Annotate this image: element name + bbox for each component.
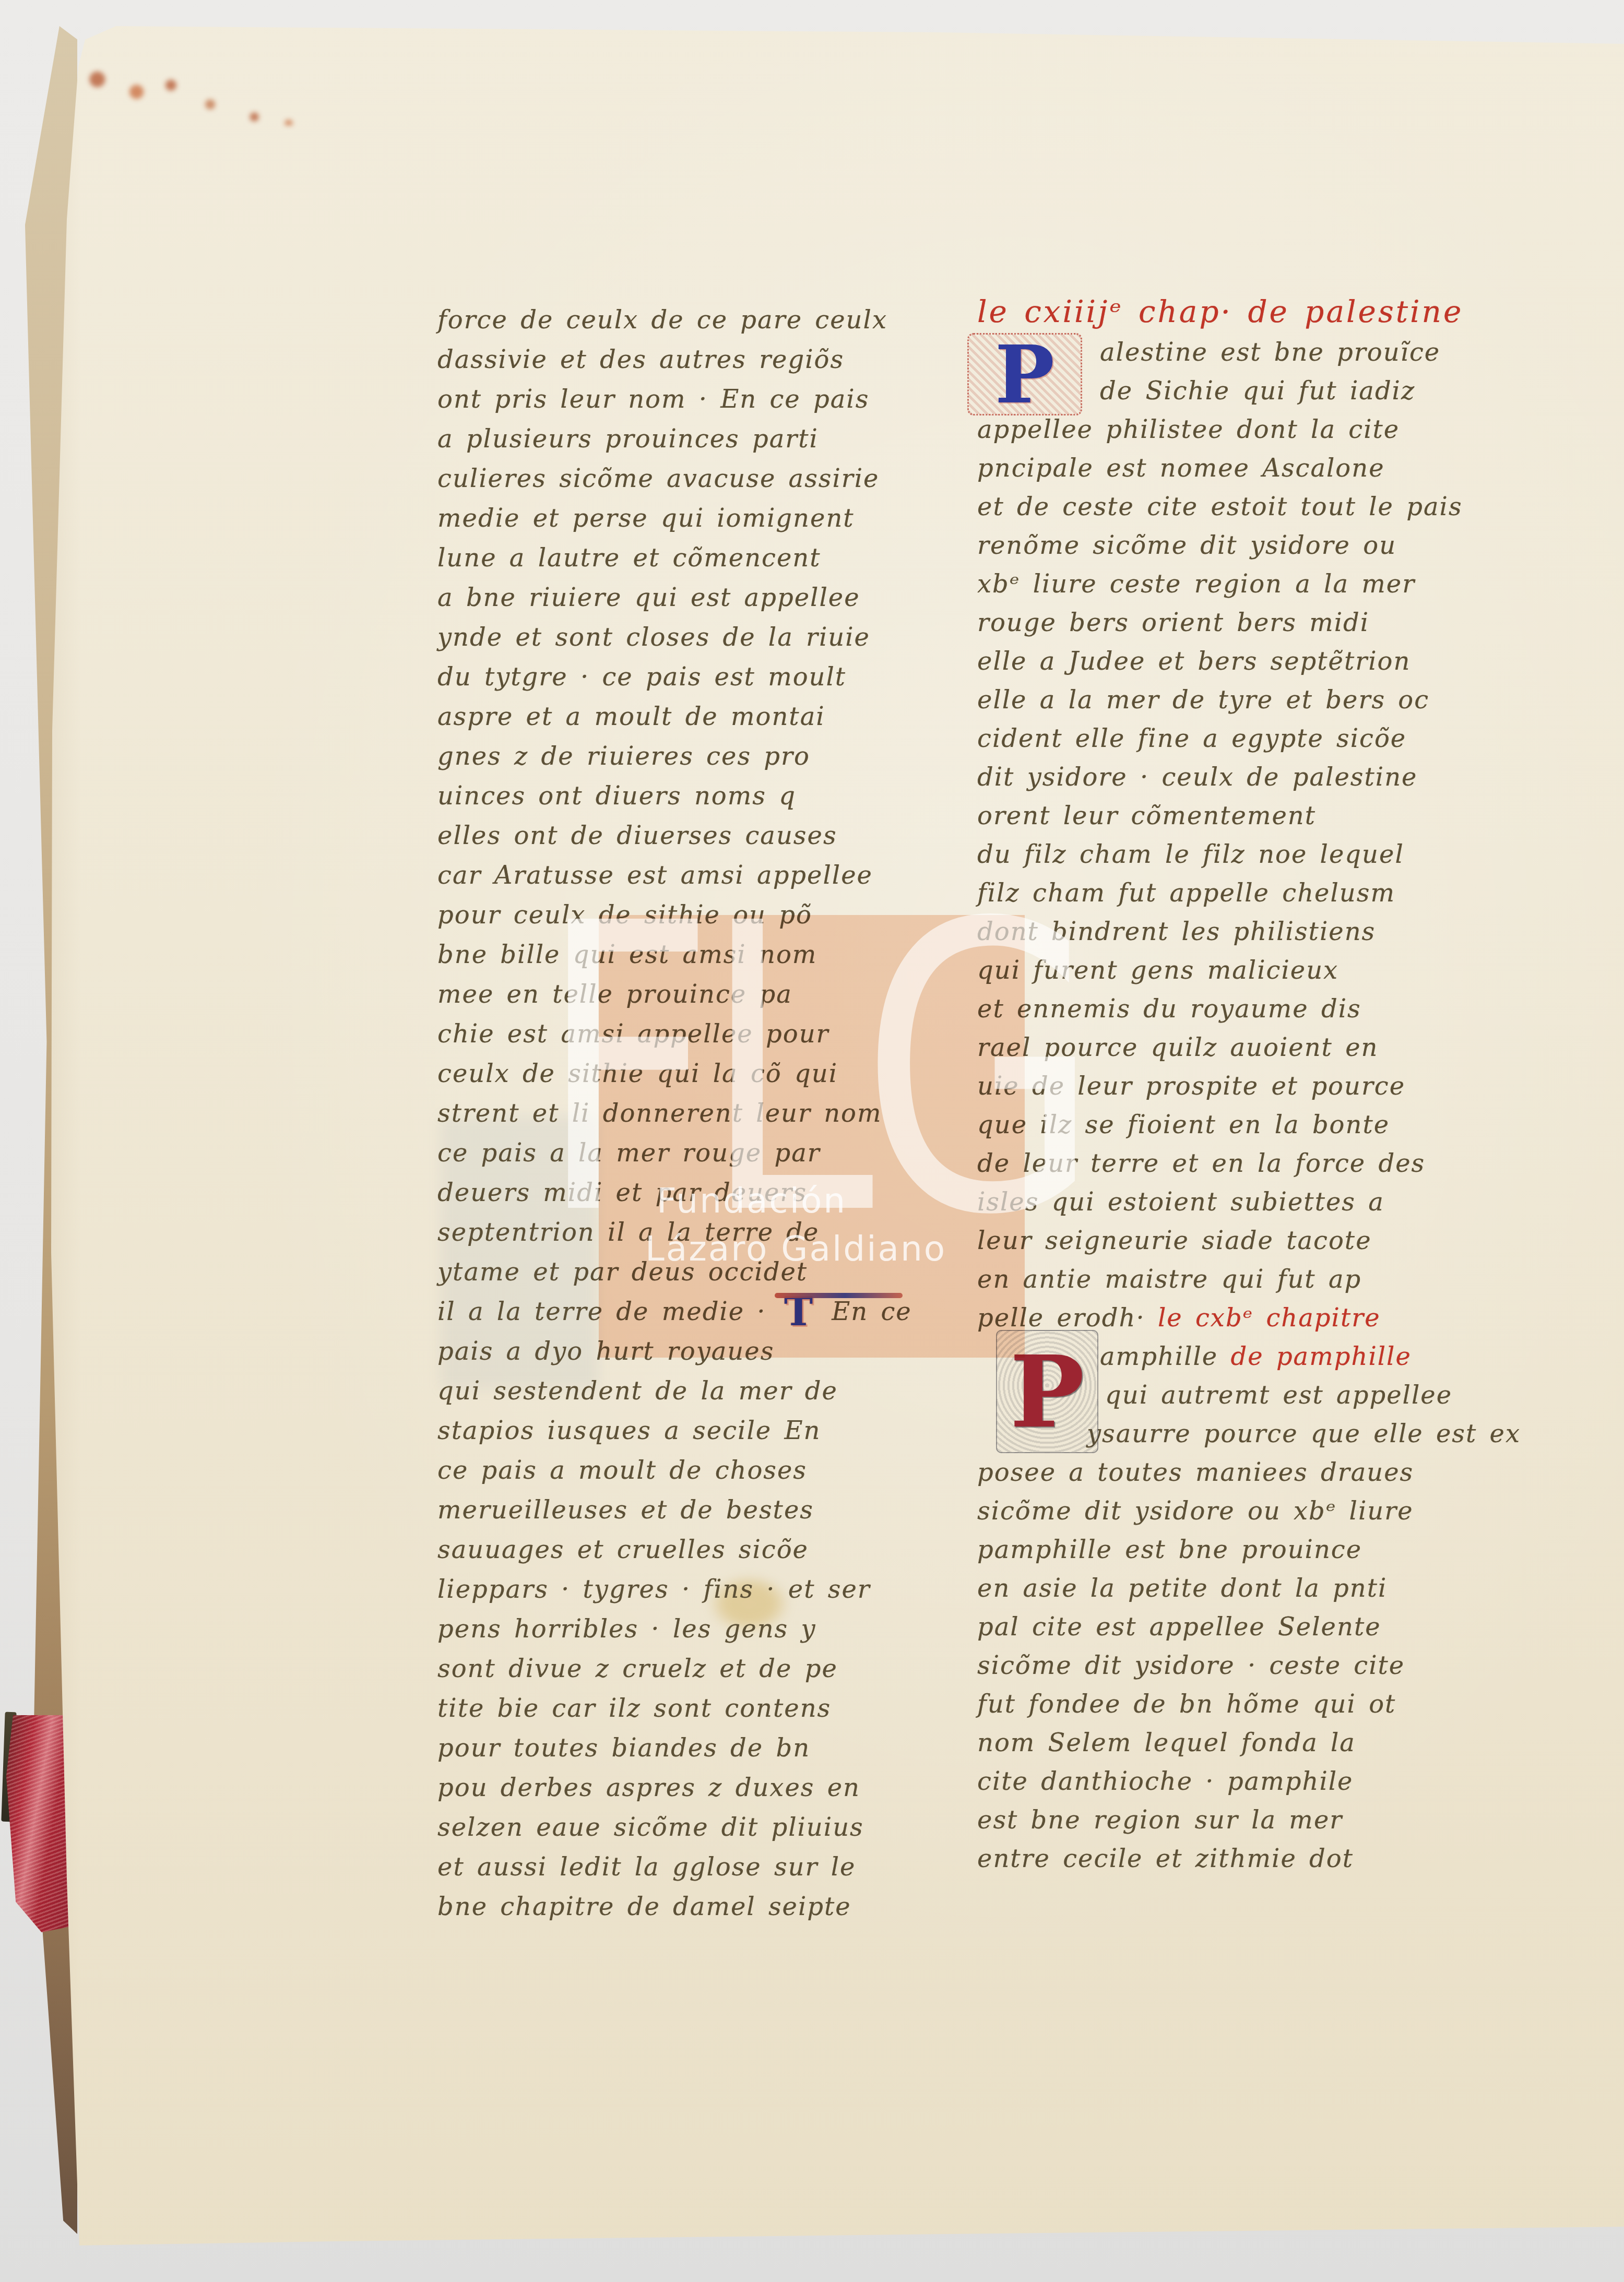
watermark-foundation-name-line2: Lázaro Galdiano xyxy=(645,1229,946,1269)
text-line: pens horribles · les gens y xyxy=(437,1609,923,1649)
chapter-rubric: le cxiiijᵉ chap· de palestine xyxy=(977,294,1463,329)
text-line: dassivie et des autres regiõs xyxy=(437,340,923,379)
text-line: nom Selem lequel fonda la xyxy=(977,1724,1478,1762)
text-line: pal cite est appellee Selente xyxy=(977,1608,1478,1646)
text-line: force de ceulx de ce pare ceulx xyxy=(437,300,923,340)
rubric-segment: le cxbᵉ chapitre xyxy=(1158,1303,1381,1333)
text-segment: elle a la mer de tyre et bers oc xyxy=(977,685,1429,715)
text-line: ont pris leur nom · En ce pais xyxy=(437,379,923,419)
text-segment: en asie la petite dont la pnti xyxy=(977,1574,1387,1603)
text-segment: est bne region sur la mer xyxy=(977,1805,1343,1835)
text-segment: ont pris leur nom · En ce pais xyxy=(437,385,869,414)
text-segment: elle a Judee et bers septẽtrion xyxy=(977,647,1410,676)
text-line: gnes z de riuieres ces pro xyxy=(437,736,923,776)
text-segment: pou derbes aspres z duxes en xyxy=(437,1773,860,1802)
text-line: lieppars · tygres · fins · et ser xyxy=(437,1570,923,1609)
text-line: en asie la petite dont la pnti xyxy=(977,1569,1478,1608)
text-line: pou derbes aspres z duxes en xyxy=(437,1768,923,1808)
text-line: bne chapitre de damel seipte xyxy=(437,1887,923,1927)
text-segment: aspre et a moult de montai xyxy=(437,702,825,731)
text-segment: de Sichie qui fut iadiz xyxy=(1100,376,1415,406)
text-segment: selzen eaue sicõme dit pliuius xyxy=(437,1813,864,1842)
text-line: selzen eaue sicõme dit pliuius xyxy=(437,1808,923,1847)
text-line: pamphille est bne prouince xyxy=(977,1530,1478,1569)
text-line: a plusieurs prouinces parti xyxy=(437,419,923,459)
text-segment: culieres sicõme avacuse assirie xyxy=(437,464,879,493)
text-segment: tite bie car ilz sont contens xyxy=(437,1694,831,1723)
illuminated-initial-palestine: P xyxy=(967,333,1082,415)
text-segment: orent leur cõmentement xyxy=(977,801,1316,830)
text-segment: ce pais a moult de choses xyxy=(437,1456,807,1485)
text-segment: gnes z de riuieres ces pro xyxy=(437,742,810,771)
text-line: medie et perse qui iomignent xyxy=(437,498,923,538)
text-segment: ynde et sont closes de la riuie xyxy=(437,623,870,652)
text-line: aspre et a moult de montai xyxy=(437,697,923,736)
text-segment: qui autremt est appellee xyxy=(1105,1381,1452,1410)
text-line: du tytgre · ce pais est moult xyxy=(437,657,923,697)
text-segment: rouge bers orient bers midi xyxy=(977,608,1369,637)
text-segment: sicõme dit ysidore ou xbᵉ liure xyxy=(977,1496,1414,1526)
text-segment: dassivie et des autres regiõs xyxy=(437,345,844,374)
text-segment: pamphille est bne prouince xyxy=(977,1535,1362,1564)
text-line: ynde et sont closes de la riuie xyxy=(437,617,923,657)
text-segment: amphille xyxy=(1100,1342,1231,1371)
text-segment: sauuages et cruelles sicõe xyxy=(437,1535,809,1564)
text-segment: sicõme dit ysidore · ceste cite xyxy=(977,1651,1405,1680)
text-segment: fut fondee de bn hõme qui ot xyxy=(977,1690,1396,1719)
text-line: rouge bers orient bers midi xyxy=(977,603,1478,642)
text-segment: merueilleuses et de bestes xyxy=(437,1495,814,1525)
text-segment: cident elle fine a egypte sicõe xyxy=(977,724,1406,753)
text-line: culieres sicõme avacuse assirie xyxy=(437,459,923,498)
text-line: orent leur cõmentement xyxy=(977,797,1478,835)
text-segment: du tytgre · ce pais est moult xyxy=(437,662,846,692)
text-segment: qui sestendent de la mer de xyxy=(437,1376,838,1406)
text-segment: xbᵉ liure ceste region a la mer xyxy=(977,569,1415,599)
text-line: est bne region sur la mer xyxy=(977,1801,1478,1839)
text-line: renõme sicõme dit ysidore ou xyxy=(977,526,1478,565)
text-line: tite bie car ilz sont contens xyxy=(437,1689,923,1728)
text-segment: et aussi ledit la gglose sur le xyxy=(437,1852,856,1882)
text-segment: lune a lautre et cõmencent xyxy=(437,543,821,573)
text-line: xbᵉ liure ceste region a la mer xyxy=(977,565,1478,603)
text-line: entre cecile et zithmie dot xyxy=(977,1839,1478,1878)
text-segment: lieppars · tygres · fins · et ser xyxy=(437,1575,871,1604)
text-line: cite danthioche · pamphile xyxy=(977,1762,1478,1801)
text-segment: pour toutes biandes de bn xyxy=(437,1733,810,1763)
text-segment: ysaurre pource que elle est ex xyxy=(1087,1419,1521,1448)
text-line: fut fondee de bn hõme qui ot xyxy=(977,1685,1478,1724)
text-line: sicõme dit ysidore ou xbᵉ liure xyxy=(977,1492,1478,1530)
text-segment: cite danthioche · pamphile xyxy=(977,1767,1353,1796)
text-segment: pal cite est appellee Selente xyxy=(977,1612,1381,1642)
text-segment: pncipale est nomee Ascalone xyxy=(977,454,1385,483)
text-line: sauuages et cruelles sicõe xyxy=(437,1530,923,1570)
text-line: le cxiiijᵉ chap· de palestine xyxy=(977,292,1478,333)
text-line: dit ysidore · ceulx de palestine xyxy=(977,758,1478,797)
text-line: pncipale est nomee Ascalone xyxy=(977,449,1478,488)
text-segment: force de ceulx de ce pare ceulx xyxy=(437,305,887,335)
watermark-foundation-name-line1: Fundación xyxy=(657,1181,847,1221)
text-segment: renõme sicõme dit ysidore ou xyxy=(977,531,1396,560)
text-line: uinces ont diuers noms q xyxy=(437,776,923,816)
text-segment: nom Selem lequel fonda la xyxy=(977,1728,1356,1757)
text-line: lune a lautre et cõmencent xyxy=(437,538,923,578)
text-line: stapios iusques a secile En xyxy=(437,1411,923,1451)
text-line: sont divue z cruelz et de pe xyxy=(437,1649,923,1689)
text-segment: bne chapitre de damel seipte xyxy=(437,1892,851,1921)
rubric-segment: de pamphille xyxy=(1231,1342,1412,1371)
text-line: qui sestendent de la mer de xyxy=(437,1371,923,1411)
text-line: et de ceste cite estoit tout le pais xyxy=(977,488,1478,526)
text-line: merueilleuses et de bestes xyxy=(437,1490,923,1530)
text-line: et aussi ledit la gglose sur le xyxy=(437,1847,923,1887)
text-line: sicõme dit ysidore · ceste cite xyxy=(977,1646,1478,1685)
text-line: elle a la mer de tyre et bers oc xyxy=(977,681,1478,719)
text-segment: entre cecile et zithmie dot xyxy=(977,1844,1354,1873)
text-segment: sont divue z cruelz et de pe xyxy=(437,1654,838,1683)
text-line: a bne riuiere qui est appellee xyxy=(437,578,923,617)
photo-backdrop: force de ceulx de ce pare ceulxdassivie … xyxy=(0,0,1624,2282)
text-line: pour toutes biandes de bn xyxy=(437,1728,923,1768)
text-segment: pens horribles · les gens y xyxy=(437,1614,816,1644)
text-line: posee a toutes maniees draues xyxy=(977,1453,1478,1492)
text-segment: alestine est bne prouĩce xyxy=(1100,338,1440,367)
text-segment: a bne riuiere qui est appellee xyxy=(437,583,860,612)
text-line: elle a Judee et bers septẽtrion xyxy=(977,642,1478,681)
text-segment: et de ceste cite estoit tout le pais xyxy=(977,492,1463,521)
text-segment: posee a toutes maniees draues xyxy=(977,1458,1414,1487)
text-line: ce pais a moult de choses xyxy=(437,1451,923,1490)
text-segment: a plusieurs prouinces parti xyxy=(437,424,819,454)
text-segment: stapios iusques a secile En xyxy=(437,1416,821,1445)
text-segment: medie et perse qui iomignent xyxy=(437,504,855,533)
text-segment: uinces ont diuers noms q xyxy=(437,781,796,811)
text-line: cident elle fine a egypte sicõe xyxy=(977,719,1478,758)
text-segment: dit ysidore · ceulx de palestine xyxy=(977,763,1417,792)
